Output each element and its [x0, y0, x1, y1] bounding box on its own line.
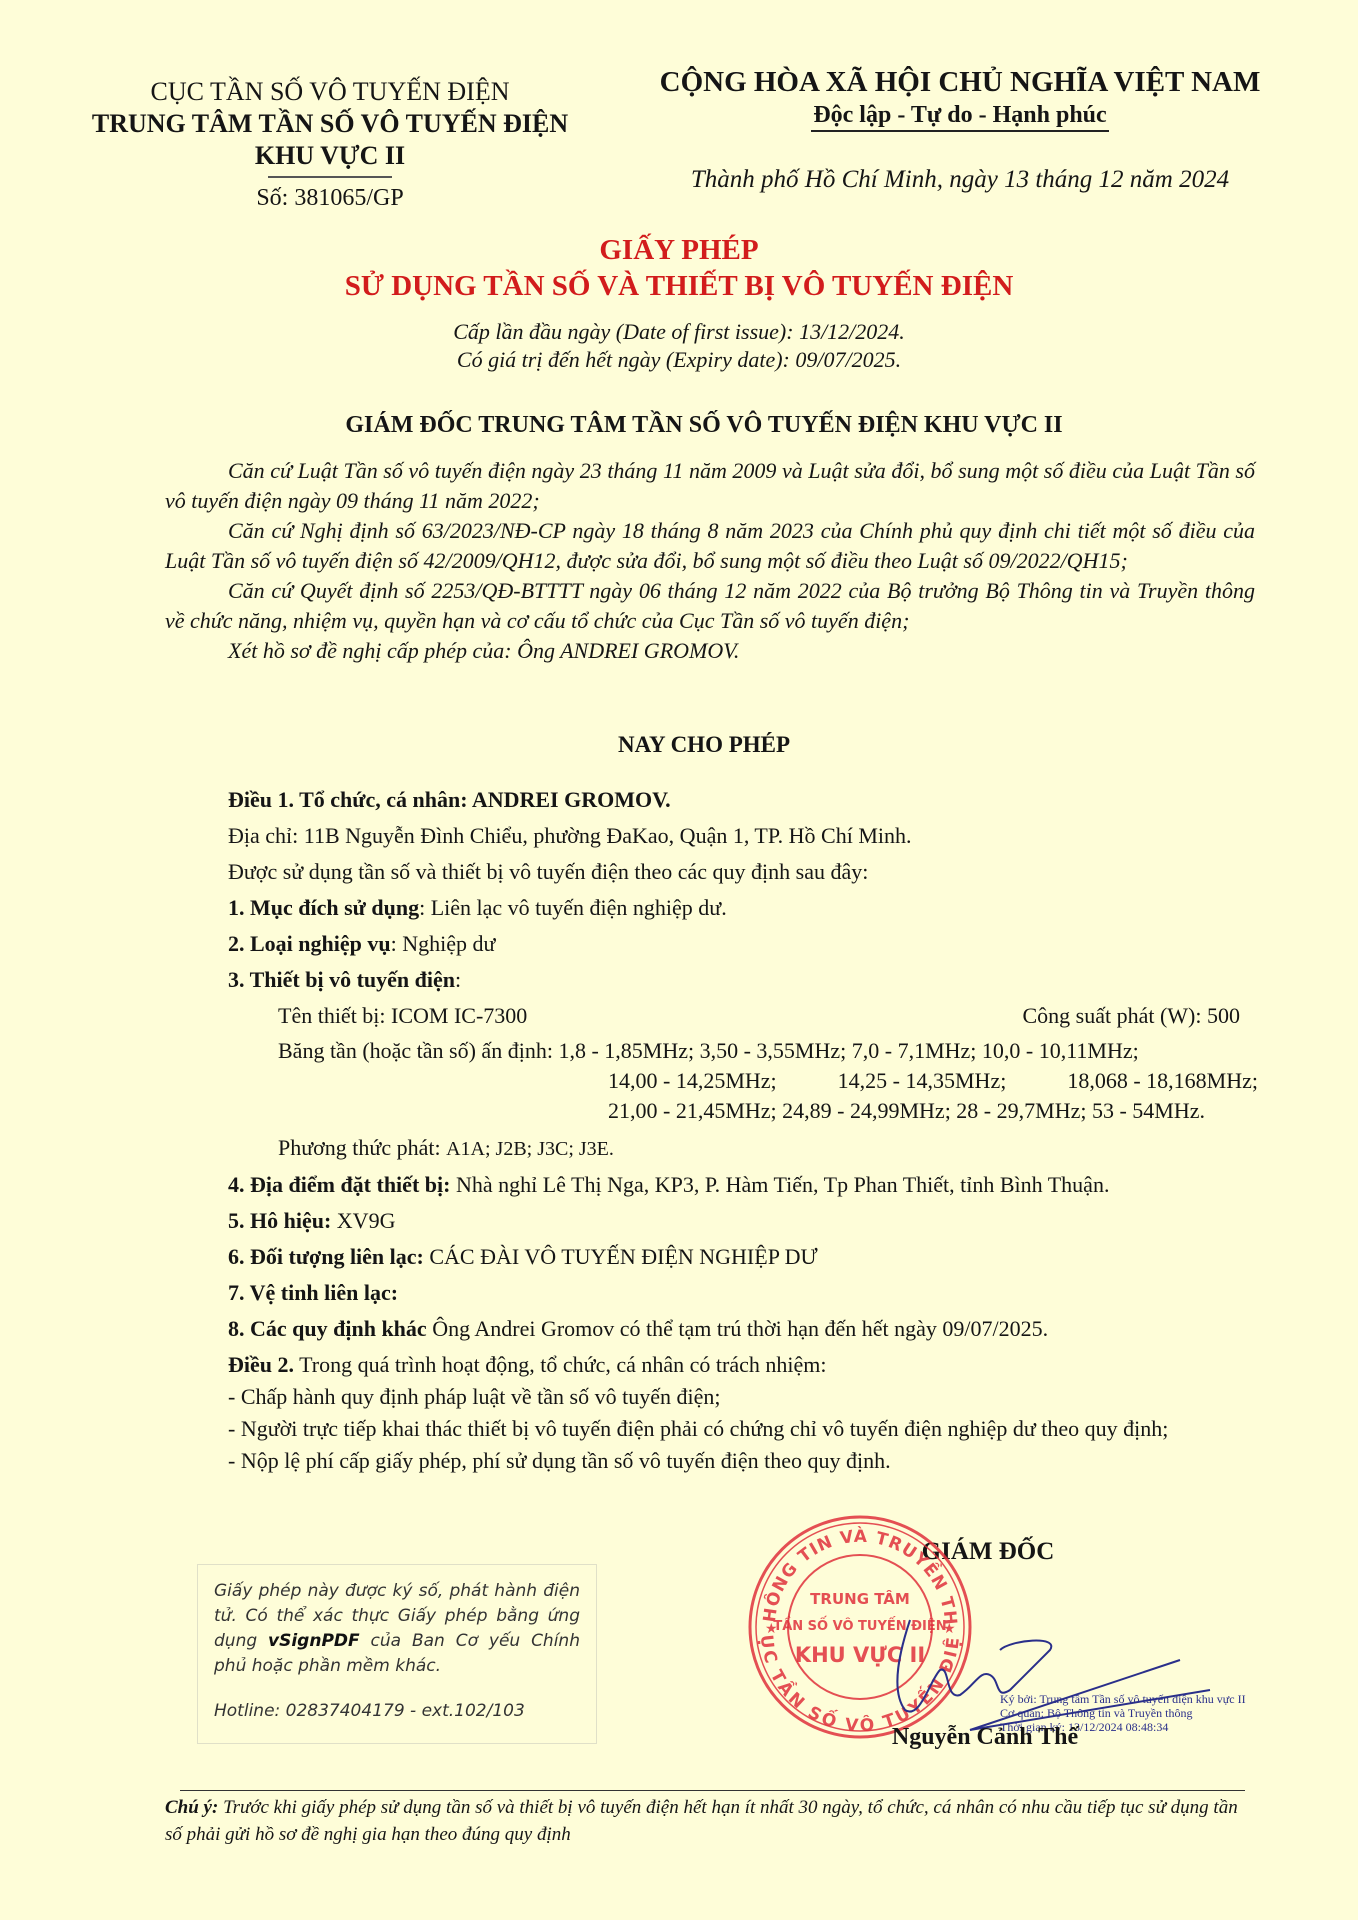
agency-line-3: KHU VỰC II: [40, 140, 620, 172]
director-heading: GIÁM ĐỐC TRUNG TÂM TẦN SỐ VÔ TUYẾN ĐIỆN …: [0, 412, 1358, 439]
legal-basis: Căn cứ Luật Tần số vô tuyến điện ngày 23…: [165, 456, 1255, 666]
article-2-label: Điều 2.: [228, 1352, 294, 1377]
duty-item: - Nộp lệ phí cấp giấy phép, phí sử dụng …: [165, 1445, 1255, 1477]
grant-heading: NAY CHO PHÉP: [0, 732, 1358, 758]
agency-line-1: CỤC TẦN SỐ VÔ TUYẾN ĐIỆN: [40, 76, 620, 108]
location-item: 4. Địa điểm đặt thiết bị: Nhà nghỉ Lê Th…: [228, 1167, 1258, 1203]
document-title: GIẤY PHÉP SỬ DỤNG TẦN SỐ VÀ THIẾT BỊ VÔ …: [0, 232, 1358, 304]
licensee-address: Địa chỉ: 11B Nguyễn Đình Chiểu, phường Đ…: [228, 818, 1258, 854]
service-type-item: 2. Loại nghiệp vụ: Nghiệp dư: [228, 926, 1258, 962]
place-and-date: Thành phố Hồ Chí Minh, ngày 13 tháng 12 …: [600, 166, 1320, 194]
app-name: vSignPDF: [268, 1631, 360, 1651]
bands-label: Băng tần (hoặc tần số) ấn định:: [278, 1038, 553, 1063]
agency-line-2: TRUNG TÂM TẦN SỐ VÔ TUYẾN ĐIỆN: [40, 108, 620, 140]
signer-name: Nguyễn Cảnh Thế: [840, 1724, 1130, 1751]
callsign-item: 5. Hô hiệu: XV9G: [228, 1203, 1258, 1239]
duty-item: - Người trực tiếp khai thác thiết bị vô …: [165, 1413, 1255, 1445]
legal-basis-item: Căn cứ Quyết định số 2253/QĐ-BTTTT ngày …: [165, 576, 1255, 636]
article-1-heading: Điều 1. Tổ chức, cá nhân: ANDREI GROMOV.: [228, 782, 1258, 818]
nation-name: CỘNG HÒA XÃ HỘI CHỦ NGHĨA VIỆT NAM: [600, 64, 1320, 100]
duty-item: - Chấp hành quy định pháp luật về tần số…: [165, 1381, 1255, 1413]
other-provisions-item: 8. Các quy định khác Ông Andrei Gromov c…: [228, 1311, 1258, 1347]
article-2: Điều 2. Trong quá trình hoạt động, tổ ch…: [165, 1349, 1255, 1477]
first-issue-date: Cấp lần đầu ngày (Date of first issue): …: [0, 318, 1358, 346]
equipment-item: 3. Thiết bị vô tuyến điện:: [228, 962, 1258, 998]
bands-line-1: 1,8 - 1,85MHz; 3,50 - 3,55MHz; 7,0 - 7,1…: [558, 1038, 1138, 1063]
transmit-power: Công suất phát (W): 500: [1022, 998, 1240, 1034]
satellite-item: 7. Vệ tinh liên lạc:: [228, 1275, 1258, 1311]
title-line-2: SỬ DỤNG TẦN SỐ VÀ THIẾT BỊ VÔ TUYẾN ĐIỆN: [0, 268, 1358, 304]
digital-signature-notice: Giấy phép này được ký số, phát hành điện…: [197, 1564, 597, 1744]
validity-dates: Cấp lần đầu ngày (Date of first issue): …: [0, 318, 1358, 374]
bands-line-3: 21,00 - 21,45MHz; 24,89 - 24,99MHz; 28 -…: [278, 1096, 1258, 1126]
footer-note: Chú ý: Trước khi giấy phép sử dụng tần s…: [165, 1794, 1255, 1848]
hotline: Hotline: 02837404179 - ext.102/103: [214, 1699, 580, 1724]
article-1: Điều 1. Tổ chức, cá nhân: ANDREI GROMOV.…: [228, 782, 1258, 1347]
bands-line-2: 14,00 - 14,25MHz; 14,25 - 14,35MHz; 18,0…: [278, 1066, 1258, 1096]
assigned-bands: Băng tần (hoặc tần số) ấn định: 1,8 - 1,…: [228, 1036, 1258, 1126]
expiry-date: Có giá trị đến hết ngày (Expiry date): 0…: [0, 346, 1358, 374]
issuing-agency-block: CỤC TẦN SỐ VÔ TUYẾN ĐIỆN TRUNG TÂM TẦN S…: [40, 76, 620, 214]
legal-basis-item: Căn cứ Nghị định số 63/2023/NĐ-CP ngày 1…: [165, 516, 1255, 576]
legal-basis-item: Căn cứ Luật Tần số vô tuyến điện ngày 23…: [165, 456, 1255, 516]
document-number: Số: 381065/GP: [40, 182, 620, 214]
equipment-name: Tên thiết bị: ICOM IC-7300: [278, 998, 527, 1034]
legal-basis-item: Xét hồ sơ đề nghị cấp phép của: Ông ANDR…: [165, 636, 1255, 666]
national-motto: Độc lập - Tự do - Hạnh phúc: [811, 100, 1108, 132]
purpose-item: 1. Mục đích sử dụng: Liên lạc vô tuyến đ…: [228, 890, 1258, 926]
divider: [268, 176, 392, 178]
article-2-intro: Trong quá trình hoạt động, tổ chức, cá n…: [294, 1352, 826, 1377]
article-1-intro: Được sử dụng tần số và thiết bị vô tuyến…: [228, 854, 1258, 890]
title-line-1: GIẤY PHÉP: [0, 232, 1358, 268]
national-header-block: CỘNG HÒA XÃ HỘI CHỦ NGHĨA VIỆT NAM Độc l…: [600, 64, 1320, 194]
footer-divider: [180, 1790, 1245, 1791]
emission-modes: Phương thức phát: A1A; J2B; J3C; J3E.: [228, 1130, 1258, 1167]
contact-target-item: 6. Đối tượng liên lạc: CÁC ĐÀI VÔ TUYẾN …: [228, 1239, 1258, 1275]
equipment-details: Tên thiết bị: ICOM IC-7300 Công suất phá…: [228, 998, 1258, 1034]
